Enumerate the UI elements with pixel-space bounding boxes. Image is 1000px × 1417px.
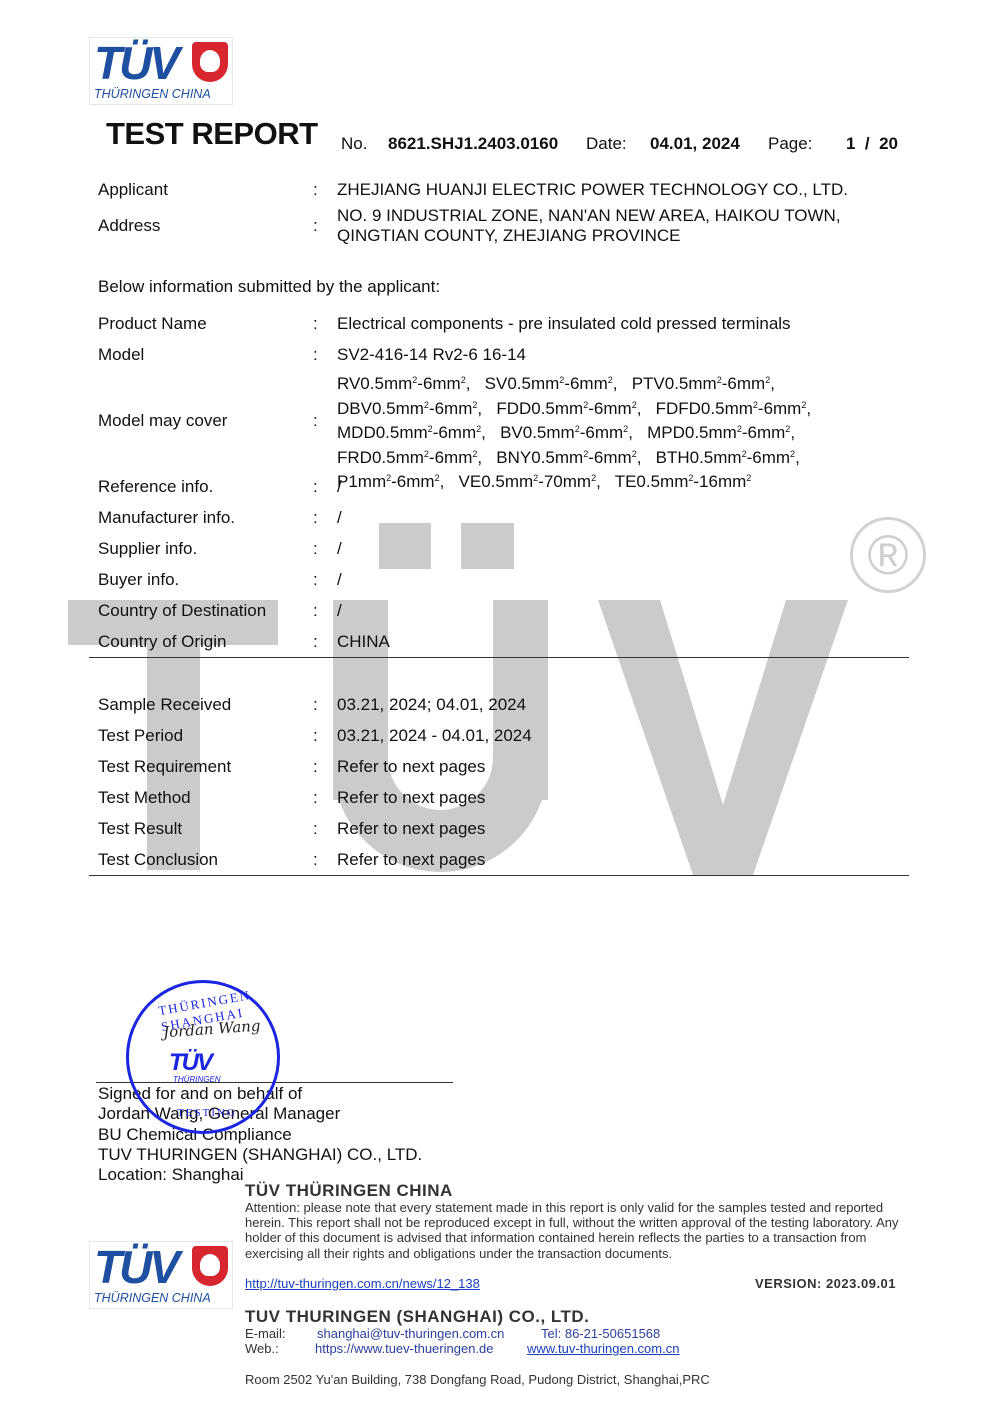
logo-subtitle: THÜRINGEN CHINA — [94, 87, 211, 101]
divider — [89, 875, 909, 876]
model-cover-line: MDD0.5mm2-6mm2, BV0.5mm2-6mm2, MPD0.5mm2… — [337, 419, 857, 444]
row-value: Refer to next pages — [337, 757, 485, 777]
registered-mark-icon: ® — [850, 517, 926, 593]
separator: : — [313, 508, 318, 528]
separator: : — [313, 695, 318, 715]
model-cover-label: Model may cover — [98, 411, 227, 431]
model-cover-item: P1mm2-6mm2, — [337, 472, 459, 491]
thuringen-shield-icon — [192, 42, 228, 82]
web-link-de[interactable]: https://www.tuev-thueringen.de — [315, 1341, 494, 1356]
separator: : — [313, 345, 318, 365]
logo-subtitle: THÜRINGEN CHINA — [94, 1291, 211, 1305]
model-cover-item: VE0.5mm2-70mm2, — [459, 472, 615, 491]
model-cover-item: TE0.5mm2-16mm2 — [615, 472, 752, 491]
row-value: 03.21, 2024; 04.01, 2024 — [337, 695, 526, 715]
row-label: Country of Origin — [98, 632, 227, 652]
thuringen-shield-icon — [192, 1246, 228, 1286]
model-cover-list: RV0.5mm2-6mm2, SV0.5mm2-6mm2, PTV0.5mm2-… — [337, 370, 857, 493]
model-cover-item: MDD0.5mm2-6mm2, — [337, 423, 500, 442]
web-link-cn[interactable]: www.tuv-thuringen.com.cn — [527, 1341, 679, 1356]
separator: : — [313, 216, 318, 236]
separator: : — [313, 850, 318, 870]
watermark-letter-v — [598, 600, 848, 875]
row-label: Test Method — [98, 788, 191, 808]
row-label: Country of Destination — [98, 601, 266, 621]
company-stamp: THÜRINGEN SHANGHAI TESTING TÜV THÜRINGEN — [126, 980, 280, 1134]
separator: : — [313, 632, 318, 652]
address-line-1: NO. 9 INDUSTRIAL ZONE, NAN'AN NEW AREA, … — [337, 206, 841, 226]
model-cover-item: BTH0.5mm2-6mm2, — [656, 448, 800, 467]
model-cover-item: BV0.5mm2-6mm2, — [500, 423, 647, 442]
model-value: SV2-416-14 Rv2-6 16-14 — [337, 345, 526, 365]
applicant-label: Applicant — [98, 180, 168, 200]
row-value: / — [337, 477, 342, 497]
report-no-label: No. — [341, 134, 367, 154]
separator: : — [313, 314, 318, 334]
model-cover-item: FRD0.5mm2-6mm2, — [337, 448, 496, 467]
stamp-ring-bottom-text: TESTING — [177, 1107, 237, 1119]
row-label: Test Result — [98, 819, 182, 839]
row-value: CHINA — [337, 632, 390, 652]
watermark-umlaut-left — [379, 523, 431, 569]
stamp-logo-subtitle: THÜRINGEN — [173, 1075, 221, 1084]
footer-address: Room 2502 Yu'an Building, 738 Dongfang R… — [245, 1372, 710, 1387]
signoff-line: Location: Shanghai — [98, 1165, 422, 1185]
email-label: E-mail: — [245, 1326, 285, 1341]
model-cover-line: P1mm2-6mm2, VE0.5mm2-70mm2, TE0.5mm2-16m… — [337, 468, 857, 493]
stamp-logo: TÜV — [169, 1049, 211, 1077]
address-line-2: QINGTIAN COUNTY, ZHEJIANG PROVINCE — [337, 226, 681, 246]
footer-news-link[interactable]: http://tuv-thuringen.com.cn/news/12_138 — [245, 1276, 480, 1291]
intro-text: Below information submitted by the appli… — [98, 277, 440, 297]
row-label: Manufacturer info. — [98, 508, 235, 528]
separator: : — [313, 539, 318, 559]
product-name-label: Product Name — [98, 314, 207, 334]
row-label: Sample Received — [98, 695, 231, 715]
tuv-logo: TÜV THÜRINGEN CHINA — [89, 37, 233, 105]
separator: : — [313, 601, 318, 621]
signoff-line: TUV THURINGEN (SHANGHAI) CO., LTD. — [98, 1145, 422, 1165]
row-value: / — [337, 570, 342, 590]
row-value: / — [337, 601, 342, 621]
report-no-value: 8621.SHJ1.2403.0160 — [388, 134, 558, 154]
date-label: Date: — [586, 134, 627, 154]
separator: : — [313, 757, 318, 777]
row-value: Refer to next pages — [337, 819, 485, 839]
row-label: Reference info. — [98, 477, 213, 497]
email-link[interactable]: shanghai@tuv-thuringen.com.cn — [317, 1326, 504, 1341]
divider — [89, 657, 909, 658]
model-cover-item: SV0.5mm2-6mm2, — [485, 374, 632, 393]
page-title: TEST REPORT — [106, 116, 318, 152]
row-value: Refer to next pages — [337, 788, 485, 808]
row-label: Test Requirement — [98, 757, 231, 777]
model-cover-item: MPD0.5mm2-6mm2, — [647, 423, 795, 442]
row-value: 03.21, 2024 - 04.01, 2024 — [337, 726, 532, 746]
address-label: Address — [98, 216, 160, 236]
separator: : — [313, 819, 318, 839]
model-cover-line: RV0.5mm2-6mm2, SV0.5mm2-6mm2, PTV0.5mm2-… — [337, 370, 857, 395]
model-cover-item: BNY0.5mm2-6mm2, — [496, 448, 655, 467]
logo-wordmark: TÜV — [94, 1244, 177, 1290]
row-label: Test Conclusion — [98, 850, 218, 870]
model-cover-item: FDFD0.5mm2-6mm2, — [656, 399, 812, 418]
model-cover-item: PTV0.5mm2-6mm2, — [632, 374, 775, 393]
row-value: / — [337, 539, 342, 559]
model-cover-item: DBV0.5mm2-6mm2, — [337, 399, 496, 418]
separator: : — [313, 788, 318, 808]
product-name-value: Electrical components - pre insulated co… — [337, 314, 791, 334]
row-label: Test Period — [98, 726, 183, 746]
model-cover-item: FDD0.5mm2-6mm2, — [496, 399, 655, 418]
footer-notice: Attention: please note that every statem… — [245, 1200, 910, 1261]
telephone: Tel: 86-21-50651568 — [541, 1326, 660, 1341]
row-label: Supplier info. — [98, 539, 197, 559]
separator: : — [313, 726, 318, 746]
row-value: / — [337, 508, 342, 528]
model-cover-item: RV0.5mm2-6mm2, — [337, 374, 485, 393]
model-cover-line: FRD0.5mm2-6mm2, BNY0.5mm2-6mm2, BTH0.5mm… — [337, 444, 857, 469]
web-label: Web.: — [245, 1341, 279, 1356]
separator: : — [313, 477, 318, 497]
row-value: Refer to next pages — [337, 850, 485, 870]
model-cover-line: DBV0.5mm2-6mm2, FDD0.5mm2-6mm2, FDFD0.5m… — [337, 395, 857, 420]
footer-company: TUV THURINGEN (SHANGHAI) CO., LTD. — [245, 1307, 589, 1327]
page-label: Page: — [768, 134, 812, 154]
applicant-value: ZHEJIANG HUANJI ELECTRIC POWER TECHNOLOG… — [337, 180, 848, 200]
footer-tuv-logo: TÜV THÜRINGEN CHINA — [89, 1241, 233, 1309]
watermark-umlaut-right — [461, 523, 514, 569]
row-label: Buyer info. — [98, 570, 179, 590]
model-label: Model — [98, 345, 144, 365]
separator: : — [313, 180, 318, 200]
separator: : — [313, 570, 318, 590]
page-value: 1 / 20 — [846, 134, 898, 154]
logo-wordmark: TÜV — [94, 40, 177, 86]
signoff-line: BU Chemical Compliance — [98, 1125, 422, 1145]
separator: : — [313, 411, 318, 431]
date-value: 04.01, 2024 — [650, 134, 740, 154]
version-label: VERSION: 2023.09.01 — [755, 1276, 896, 1291]
